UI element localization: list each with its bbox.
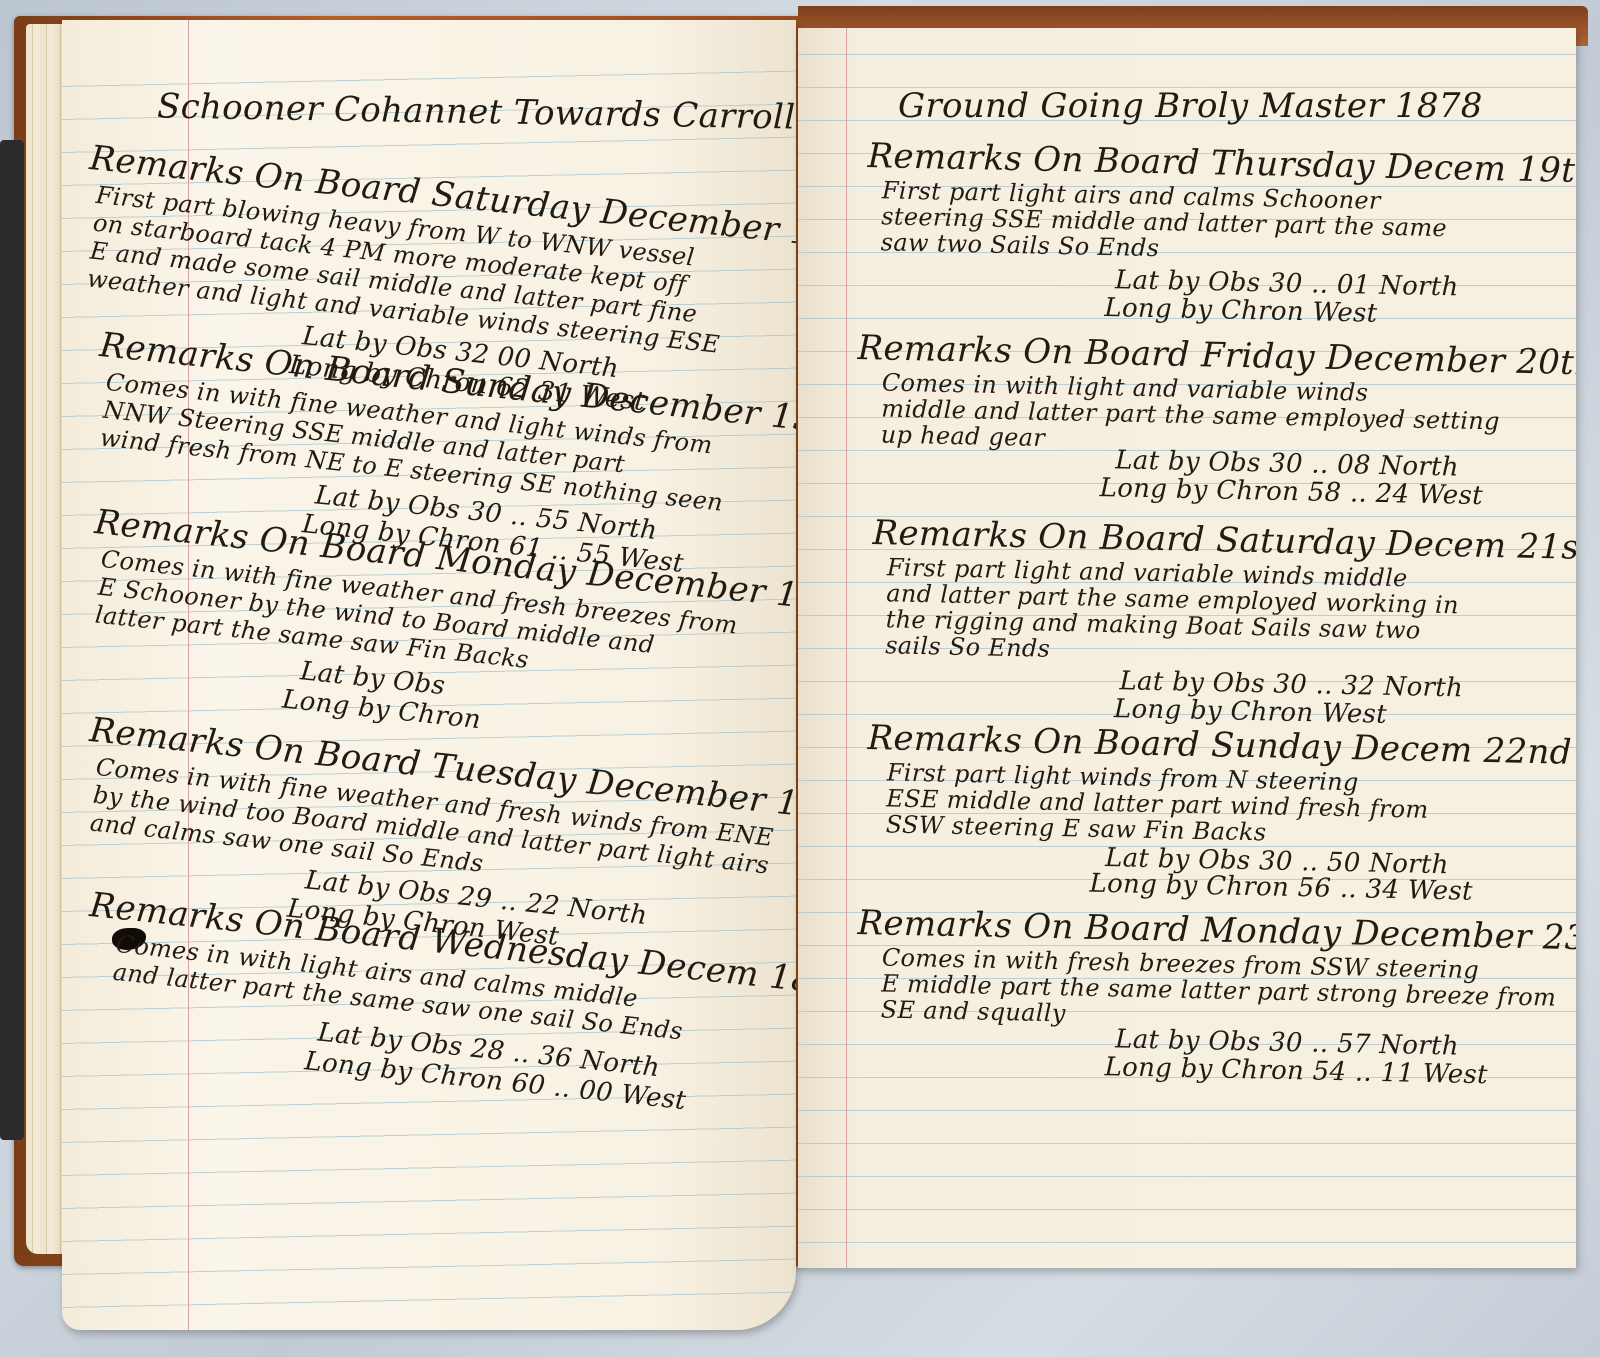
page-title: Ground Going Broly Master 1878 bbox=[898, 86, 1483, 126]
entry-line: saw two Sails So Ends bbox=[880, 228, 1159, 262]
entry-line: SE and squally bbox=[880, 996, 1065, 1028]
entry-line: up head gear bbox=[880, 421, 1045, 452]
open-logbook: Schooner Cohannet Towards Carroll Remark… bbox=[0, 0, 1600, 1357]
left-page: Schooner Cohannet Towards Carroll Remark… bbox=[62, 20, 796, 1330]
margin-line bbox=[846, 28, 847, 1268]
right-page: Ground Going Broly Master 1878 Remarks O… bbox=[798, 28, 1576, 1268]
book-spine bbox=[0, 140, 24, 1140]
entry-line: sails So Ends bbox=[885, 631, 1051, 662]
longitude: Long by Chron West bbox=[1104, 293, 1378, 329]
